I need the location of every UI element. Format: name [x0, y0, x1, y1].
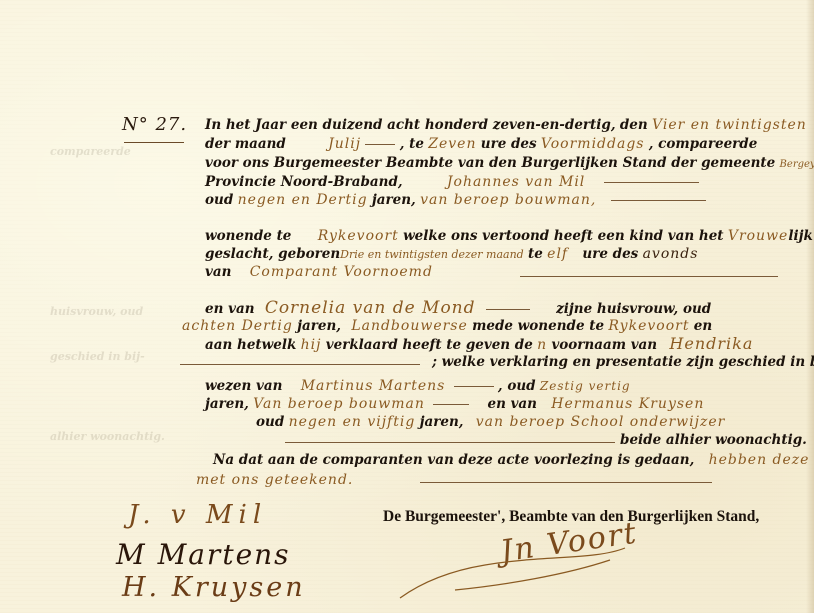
printed-text: welke ons vertoond heeft een kind van he… — [403, 228, 723, 244]
form-line-17: Na dat aan de comparanten van deze acte … — [213, 452, 814, 468]
handwritten-witness2-name: Hermanus Kruysen — [551, 396, 704, 412]
handwritten-witness1-occupation: Van beroep bouwman — [253, 396, 425, 412]
signature-witness2: H. Kruysen — [122, 572, 306, 603]
handwritten-birth-day: Drie en twintigsten dezer maand — [340, 248, 524, 261]
form-line-13: wezen van Martinus Martens , oud Zestig … — [205, 378, 631, 394]
form-line-11: aan hetwelk hij verklaard heeft te geven… — [205, 336, 753, 353]
handwritten-child-name: Hendrika — [669, 334, 753, 353]
printed-text: wonende te — [205, 228, 291, 244]
printed-text: en — [694, 318, 712, 334]
printed-text: oud — [256, 414, 284, 430]
handwritten-day: Vier en twintigsten — [652, 117, 807, 133]
form-line-10: achten Dertig jaren, Landbouwerse mede w… — [182, 318, 712, 334]
handwritten-father: Comparant Voornoemd — [250, 264, 433, 280]
fill-rule — [611, 200, 706, 201]
printed-text: , te — [400, 136, 424, 152]
printed-text: oud — [205, 192, 233, 208]
handwritten-birth-time-of-day: avonds — [643, 246, 699, 262]
form-line-8: van Comparant Voornoemd — [205, 264, 433, 280]
handwritten-declarer: hij — [301, 337, 322, 353]
form-line-7: geslacht, geborenDrie en twintigsten dez… — [205, 246, 698, 263]
fill-rule — [486, 309, 530, 310]
form-line-15: oud negen en vijftig jaren, van beroep S… — [180, 414, 725, 430]
printed-text: wezen van — [205, 378, 282, 394]
form-line-5: oud negen en Dertig jaren, van beroep bo… — [205, 192, 706, 208]
fill-rule — [433, 404, 469, 405]
form-line-12: ; welke verklaring en presentatie zijn g… — [432, 354, 814, 370]
printed-text: , compareerde — [649, 136, 758, 152]
handwritten-municipality: Bergeyk / Rijkevoort — [780, 159, 814, 170]
signature-flourish — [395, 540, 645, 605]
form-line-16: beide alhier woonachtig. — [620, 432, 807, 448]
printed-text: aan hetwelk — [205, 337, 296, 353]
form-line-4: Provincie Noord-Braband, Johannes van Mi… — [205, 174, 699, 190]
printed-text: voornaam van — [551, 337, 657, 353]
form-line-1: In het Jaar een duizend acht honderd zev… — [205, 117, 807, 133]
fill-rule — [180, 364, 420, 365]
form-line-9: en van Cornelia van de Mond zijne huisvr… — [205, 300, 711, 317]
printed-text: beide alhier woonachtig. — [620, 432, 807, 448]
handwritten-declarant-occupation: van beroep bouwman, — [420, 192, 596, 208]
act-number: N° 27. — [122, 114, 187, 135]
page-edge — [806, 0, 814, 613]
printed-text: van — [205, 264, 231, 280]
printed-text: mede wonende te — [472, 318, 604, 334]
handwritten-signed-phrase-1: hebben deze lezen — [709, 452, 814, 468]
signature-declarant: J. v Mil — [128, 500, 267, 530]
form-line-6: wonende te Rykevoort welke ons vertoond … — [205, 228, 813, 244]
printed-text: Provincie Noord-Braband, — [205, 174, 403, 190]
handwritten-month: Julij — [328, 136, 361, 152]
handwritten-witness2-age: negen en vijftig — [289, 414, 416, 430]
printed-text: In het Jaar een duizend acht honderd zev… — [205, 117, 616, 133]
printed-text: den — [620, 117, 648, 133]
bleed-through-text: geschied in bij- — [50, 350, 145, 363]
handwritten-declarant-age: negen en Dertig — [238, 192, 368, 208]
printed-text: jaren, — [420, 414, 464, 430]
signature-witness1: M Martens — [116, 538, 291, 571]
printed-text: jaren, — [297, 318, 341, 334]
handwritten-declarant-name: Johannes van Mil — [447, 174, 585, 190]
fill-rule — [520, 276, 778, 277]
printed-text: zijne huisvrouw, oud — [556, 301, 711, 317]
handwritten-witness2-occupation: van beroep School onderwijzer — [476, 414, 726, 430]
handwritten-mother-age: achten Dertig — [182, 318, 293, 334]
fill-rule — [285, 442, 615, 443]
printed-text: en van — [205, 301, 255, 317]
handwritten-hour: Zeven — [428, 136, 476, 152]
handwritten-witness1-age: Zestig vertig — [540, 379, 631, 393]
handwritten-birth-hour: elf — [547, 246, 568, 262]
handwritten-witness1-name: Martinus Martens — [301, 378, 446, 394]
printed-text: verklaard heeft te geven de — [326, 337, 533, 353]
fill-rule — [365, 144, 395, 145]
printed-text: Na dat aan de comparanten van deze acte … — [213, 452, 694, 468]
closing-line: De Burgemeester', Beambte van den Burger… — [383, 508, 759, 526]
handwritten-count: n — [537, 337, 547, 353]
printed-text: lijk — [788, 228, 813, 244]
printed-text: jaren, — [372, 192, 416, 208]
handwritten-residence: Rykevoort — [318, 228, 399, 244]
handwritten-mother-occupation: Landbouwerse — [351, 318, 467, 334]
handwritten-time-of-day: Voormiddags — [541, 136, 645, 152]
handwritten-child-sex: Vrouwe — [728, 228, 789, 244]
printed-text: geslacht, geboren — [205, 246, 340, 262]
form-line-2: der maand Julij , te Zeven ure des Voorm… — [205, 136, 757, 152]
bleed-through-text: alhier woonachtig. — [50, 430, 165, 443]
handwritten-signed-phrase-2: met ons geteekend. — [196, 472, 353, 488]
handwritten-mother-name: Cornelia van de Mond — [265, 298, 476, 318]
printed-text: en van — [487, 396, 537, 412]
printed-text: voor ons Burgemeester Beambte van den Bu… — [205, 155, 775, 171]
form-line-18: met ons geteekend. — [196, 472, 353, 488]
printed-text: , oud — [498, 378, 536, 394]
bleed-through-text: compareerde — [50, 145, 131, 158]
fill-rule — [420, 482, 712, 483]
form-line-3: voor ons Burgemeester Beambte van den Bu… — [205, 155, 814, 173]
printed-text: jaren, — [205, 396, 249, 412]
document-page: compareerde huisvrouw, oud geschied in b… — [0, 0, 814, 613]
printed-text: ure des — [582, 246, 638, 262]
printed-text: te — [528, 246, 543, 262]
printed-text: ure des — [481, 136, 537, 152]
fill-rule — [604, 182, 699, 183]
printed-text: ; welke verklaring en presentatie zijn g… — [432, 354, 814, 370]
bleed-through-text: huisvrouw, oud — [50, 305, 143, 318]
handwritten-mother-residence: Rykevoort — [608, 318, 689, 334]
act-number-underline — [124, 142, 184, 143]
printed-text: der maand — [205, 136, 286, 152]
fill-rule — [454, 386, 494, 387]
form-line-14: jaren, Van beroep bouwman en van Hermanu… — [205, 396, 704, 412]
